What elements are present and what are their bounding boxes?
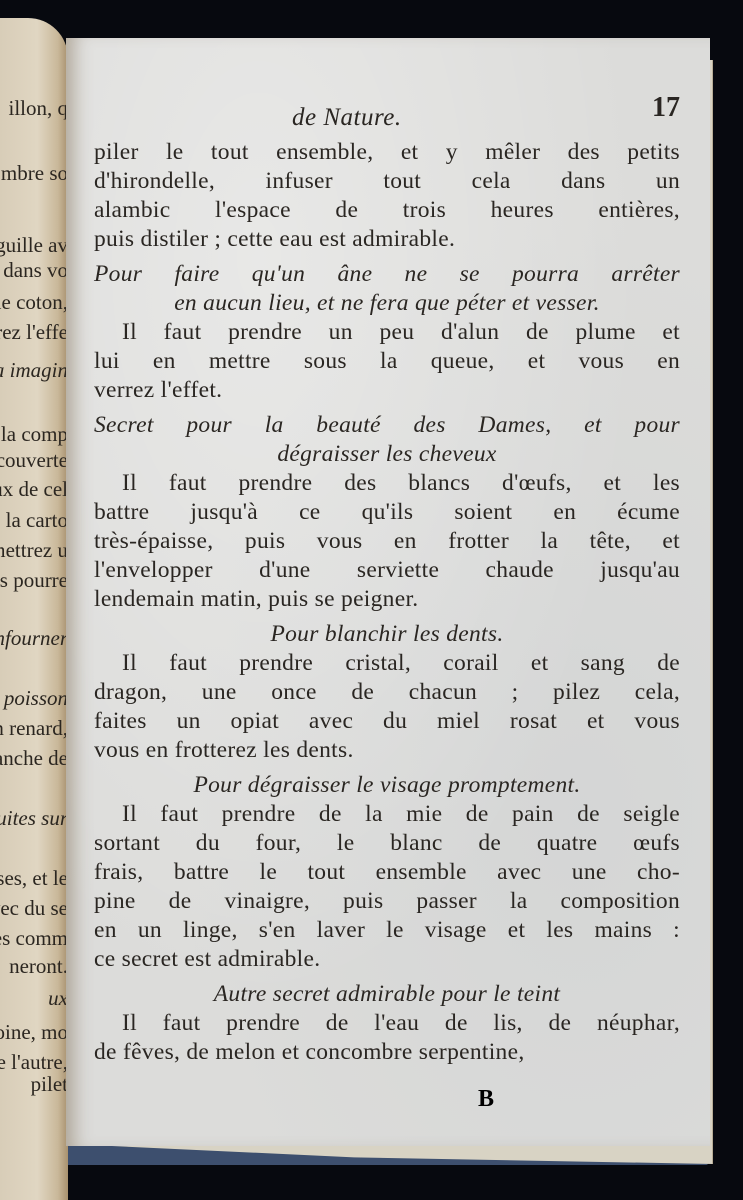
left-page-line: 'un poisson (0, 686, 68, 711)
text-line: faites un opiat avec du miel rosat et vo… (94, 707, 680, 736)
text-line: alambic l'espace de trois heures entière… (94, 196, 680, 225)
text-line: d'hirondelle, infuser tout cela dans un (94, 167, 680, 196)
paragraph: piler le tout ensemble, et y mêler des p… (94, 138, 680, 254)
left-page-line: d'enfourner (0, 626, 68, 651)
left-page-line: mbre so (1, 161, 68, 186)
text-line: Il faut prendre des blancs d'œufs, et le… (94, 469, 680, 498)
text-line: Il faut prendre de l'eau de lis, de néup… (94, 1009, 680, 1038)
left-page-line: loine, mo (0, 1020, 68, 1045)
text-line: vous en frotterez les dents. (94, 736, 680, 765)
section-heading: Autre secret admirable pour le teint (94, 980, 680, 1009)
left-page-line: es cuites sur (0, 806, 68, 831)
section-heading: Secret pour la beauté des Dames, et pour… (94, 411, 680, 469)
paragraph: Il faut prendre cristal, corail et sang … (94, 649, 680, 765)
paragraph: Il faut prendre de la mie de pain de sei… (94, 800, 680, 974)
text-line: battre jusqu'à ce qu'ils soient en écume (94, 498, 680, 527)
heading-line: Autre secret admirable pour le teint (94, 980, 680, 1009)
left-page-line: ses, et le (0, 866, 68, 891)
section-heading: Pour faire qu'un âne ne se pourra arrête… (94, 260, 680, 318)
text-line: piler le tout ensemble, et y mêler des p… (94, 138, 680, 167)
left-page-line: guille av (0, 233, 68, 258)
text-line: Il faut prendre un peu d'alun de plume e… (94, 318, 680, 347)
heading-line: Pour faire qu'un âne ne se pourra arrête… (94, 260, 680, 289)
left-page-line: mettrez u (0, 538, 68, 563)
left-page-line: découverte (0, 448, 68, 473)
text-line: en un linge, s'en laver le visage et les… (94, 916, 680, 945)
left-page-line: neront. (9, 954, 68, 979)
left-page-line: rez l'effe (0, 320, 68, 345)
heading-line: Pour dégraisser le visage promptement. (94, 771, 680, 800)
paragraph: Il faut prendre des blancs d'œufs, et le… (94, 469, 680, 614)
left-page-line: avec du se (0, 896, 68, 921)
heading-line: Secret pour la beauté des Dames, et pour (94, 411, 680, 440)
page-content: de Nature. 17 piler le tout ensemble, et… (94, 38, 680, 108)
text-line: puis distiler ; cette eau est admirable. (94, 225, 680, 254)
paragraph: Il faut prendre de l'eau de lis, de néup… (94, 1009, 680, 1067)
left-page-line: a imagin (0, 358, 68, 383)
left-page-line: us pourre (0, 568, 68, 593)
left-page-line: rez la carto (0, 508, 68, 533)
left-page-line: le coton, (0, 290, 68, 315)
text-line: très-épaisse, puis vous en frotter la tê… (94, 527, 680, 556)
section-heading: Pour dégraisser le visage promptement. (94, 771, 680, 800)
running-title: de Nature. (292, 104, 402, 132)
left-page-line: t la comp (0, 422, 68, 447)
signature-mark: B (478, 1086, 494, 1113)
paragraph: Il faut prendre un peu d'alun de plume e… (94, 318, 680, 405)
text-line: frais, battre le tout ensemble avec une … (94, 858, 680, 887)
left-page-line: eux de cel (0, 477, 68, 502)
text-line: Il faut prendre de la mie de pain de sei… (94, 800, 680, 829)
heading-line: Pour blanchir les dents. (94, 620, 680, 649)
heading-line: en aucun lieu, et ne fera que péter et v… (94, 289, 680, 318)
text-line: pine de vinaigre, puis passer la composi… (94, 887, 680, 916)
text-line: lui en mettre sous la queue, et vous en (94, 347, 680, 376)
left-page-line: ges comm (0, 926, 68, 951)
text-line: de fêves, de melon et concombre serpenti… (94, 1038, 680, 1067)
text-line: Il faut prendre cristal, corail et sang … (94, 649, 680, 678)
text-line: sortant du four, le blanc de quatre œufs (94, 829, 680, 858)
text-line: ce secret est admirable. (94, 945, 680, 974)
body-text: piler le tout ensemble, et y mêler des p… (94, 138, 680, 1073)
text-line: dragon, une once de chacun ; pilez cela, (94, 678, 680, 707)
text-line: lendemain matin, puis se peigner. (94, 585, 680, 614)
block-gap (94, 1067, 680, 1073)
heading-line: dégraisser les cheveux (94, 440, 680, 469)
text-line: verrez l'effet. (94, 376, 680, 405)
section-heading: Pour blanchir les dents. (94, 620, 680, 649)
left-page-fragment: illon, qmbre soguille avdans vole coton,… (0, 18, 68, 1200)
book-page: de Nature. 17 piler le tout ensemble, et… (66, 38, 710, 1146)
page-number: 17 (652, 92, 680, 124)
left-page-line: manche de (0, 746, 68, 771)
left-page-line: illon, q (8, 96, 68, 121)
page-header: de Nature. 17 (94, 38, 680, 108)
text-line: l'envelopper d'une serviette chaude jusq… (94, 556, 680, 585)
left-page-line: un renard, (0, 716, 68, 741)
left-page-line: dans vo (3, 258, 68, 283)
left-page-line: pilet (31, 1072, 68, 1097)
